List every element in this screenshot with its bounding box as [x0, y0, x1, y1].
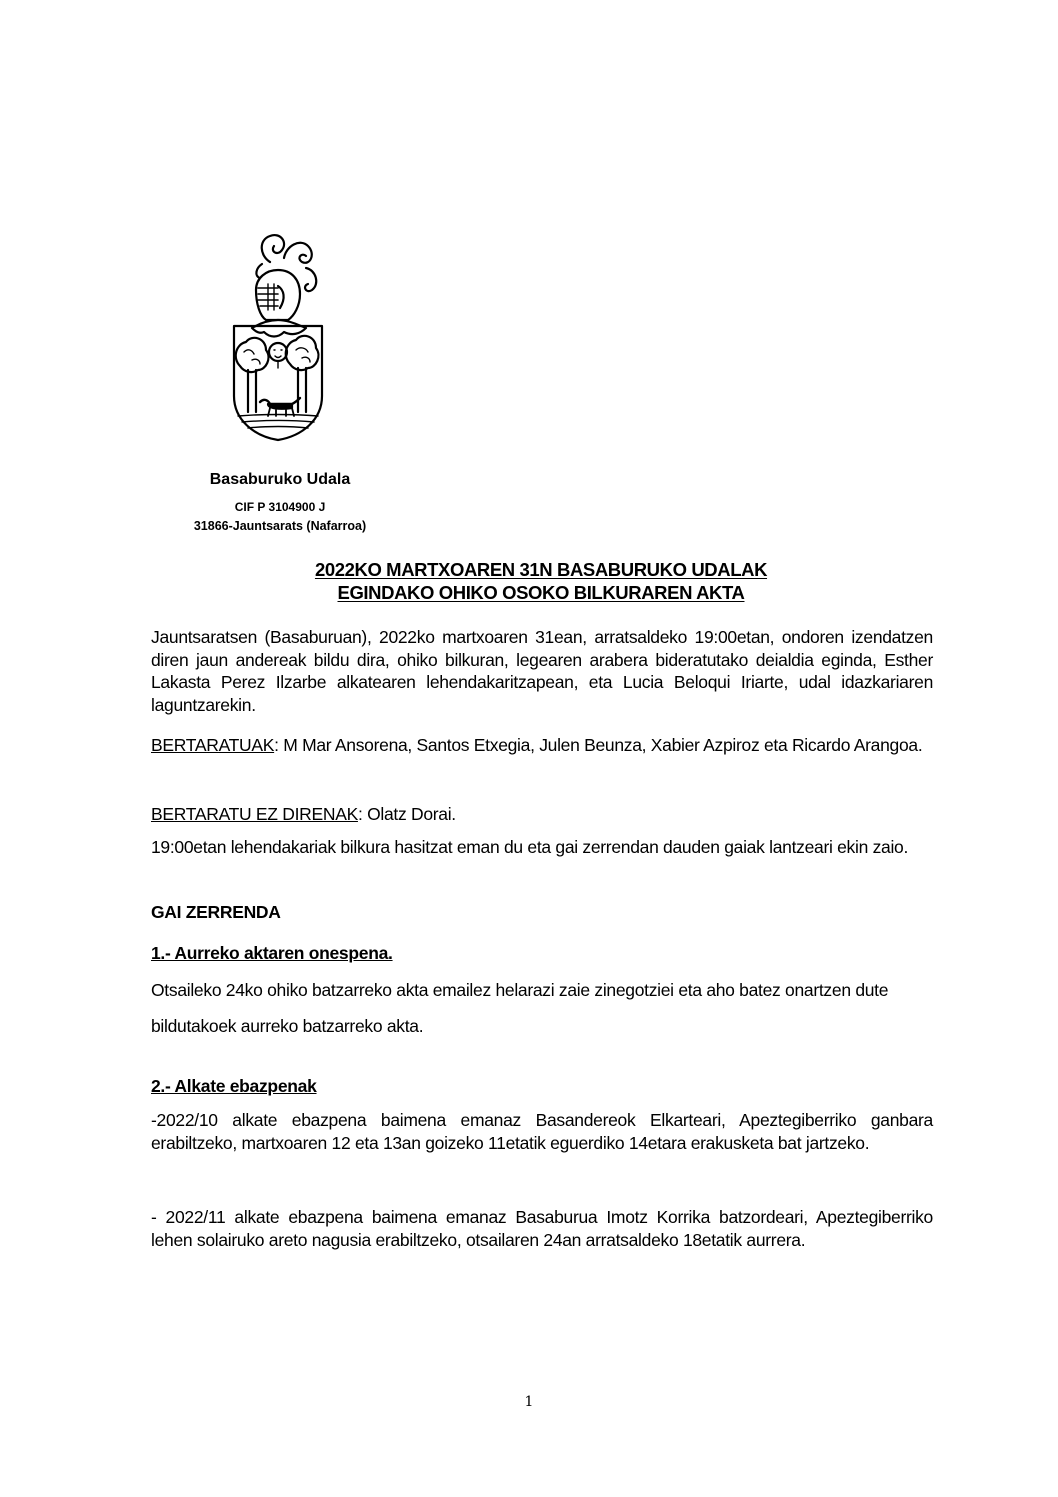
absentees-paragraph: BERTARATU EZ DIRENAK: Olatz Dorai. — [151, 803, 933, 826]
agenda-item-1-heading: 1.- Aurreko aktaren onespena. — [151, 942, 933, 965]
attendees-label: BERTARATUAK — [151, 735, 274, 755]
absentees-label: BERTARATU EZ DIRENAK — [151, 804, 358, 824]
start-paragraph: 19:00etan lehendakariak bilkura hasitzat… — [151, 836, 933, 859]
agenda-item-1-text: Otsaileko 24ko ohiko batzarreko akta ema… — [151, 972, 911, 1044]
org-cif: CIF P 3104900 J — [160, 500, 400, 514]
attendees-text: : M Mar Ansorena, Santos Etxegia, Julen … — [274, 735, 922, 755]
org-name: Basaburuko Udala — [160, 471, 400, 489]
agenda-item-2-resolution-1: -2022/10 alkate ebazpena baimena emanaz … — [151, 1109, 933, 1154]
org-address: 31866-Jauntsarats (Nafarroa) — [160, 519, 400, 533]
title-line-1: 2022KO MARTXOAREN 31N BASABURUKO UDALAK — [150, 558, 932, 581]
page-number: 1 — [0, 1394, 1058, 1410]
agenda-heading: GAI ZERRENDA — [151, 901, 933, 924]
coat-of-arms-icon — [222, 228, 334, 443]
attendees-paragraph: BERTARATUAK: M Mar Ansorena, Santos Etxe… — [151, 734, 933, 757]
agenda-item-2-resolution-2: - 2022/11 alkate ebazpena baimena emanaz… — [151, 1206, 933, 1251]
intro-paragraph: Jauntsaratsen (Basaburuan), 2022ko martx… — [151, 626, 933, 716]
absentees-text: : Olatz Dorai. — [358, 804, 456, 824]
document-title: 2022KO MARTXOAREN 31N BASABURUKO UDALAK … — [150, 558, 932, 604]
agenda-item-2-heading: 2.- Alkate ebazpenak — [151, 1075, 933, 1098]
document-page: Basaburuko Udala CIF P 3104900 J 31866-J… — [0, 0, 1058, 1497]
title-line-2: EGINDAKO OHIKO OSOKO BILKURAREN AKTA — [150, 581, 932, 604]
